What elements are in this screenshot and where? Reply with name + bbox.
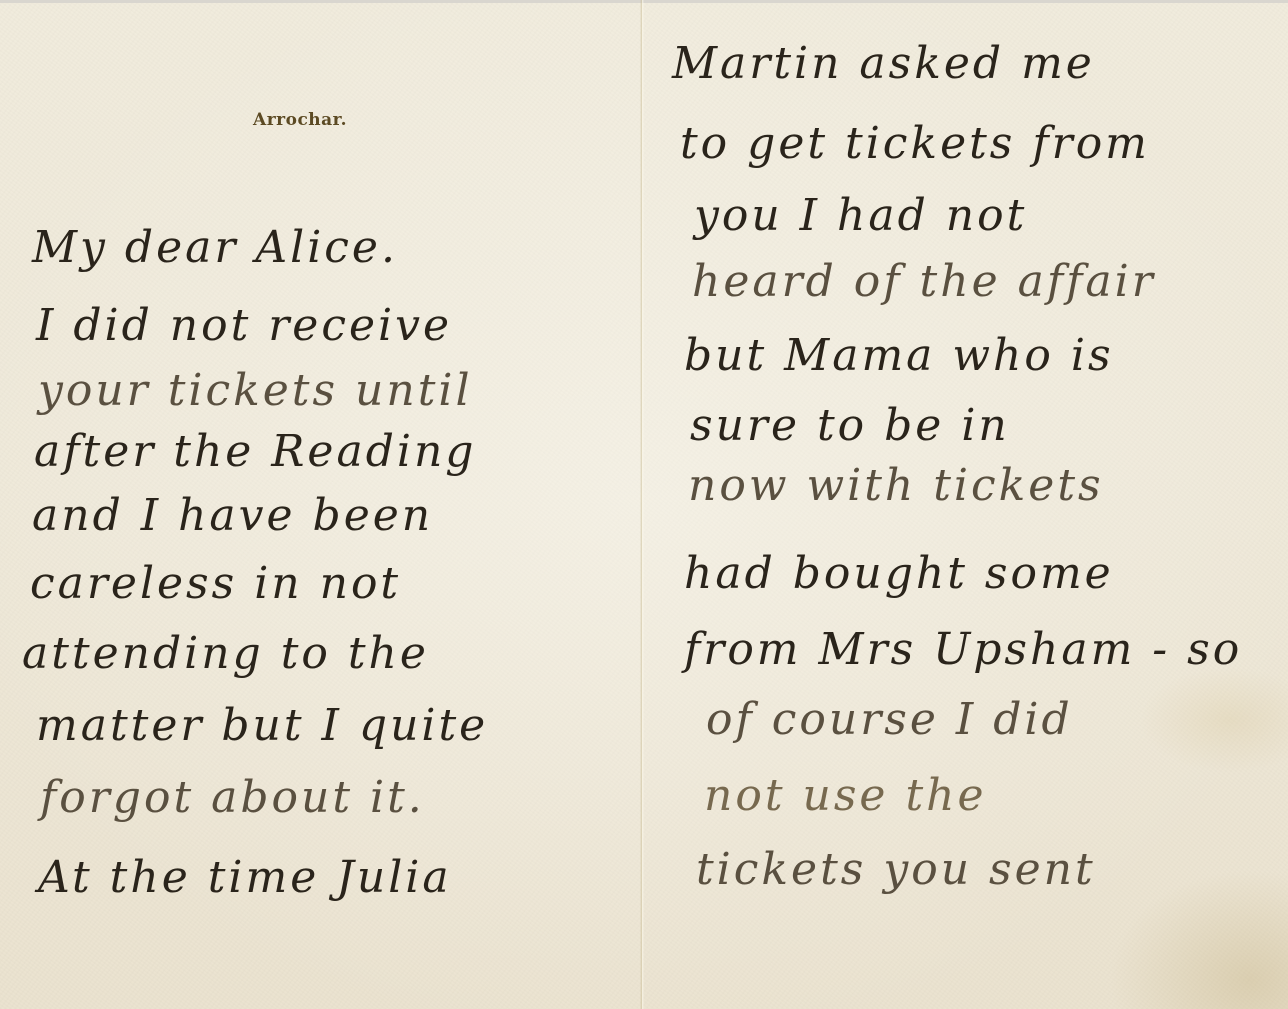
- letter-line: and I have been: [32, 490, 433, 541]
- letter-line: not use the: [704, 770, 987, 821]
- letter-line: had bought some: [684, 548, 1114, 599]
- letter-line: tickets you sent: [696, 844, 1096, 895]
- letter-line: to get tickets from: [680, 118, 1150, 169]
- left-page: Arrochar. My dear Alice. I did not recei…: [0, 0, 640, 1009]
- letter-line: sure to be in: [690, 400, 1010, 451]
- letter-line: heard of the affair: [692, 256, 1156, 307]
- letter-line: careless in not: [30, 558, 401, 609]
- letter-line: you I had not: [694, 190, 1027, 241]
- letter-line: forgot about it.: [40, 772, 425, 823]
- letter-line: now with tickets: [688, 460, 1104, 511]
- letter-line: attending to the: [22, 628, 429, 679]
- letter-line: Martin asked me: [672, 38, 1095, 89]
- right-page: Martin asked me to get tickets from you …: [644, 0, 1288, 1009]
- letter-line: matter but I quite: [36, 700, 488, 751]
- letterhead: Arrochar.: [0, 110, 600, 130]
- letter-sheet: Arrochar. My dear Alice. I did not recei…: [0, 0, 1288, 1009]
- letter-line: from Mrs Upsham - so: [684, 624, 1242, 675]
- letter-line: At the time Julia: [38, 852, 452, 903]
- letter-line: your tickets until: [38, 365, 473, 416]
- letter-line: but Mama who is: [684, 330, 1114, 381]
- letter-line: after the Reading: [34, 426, 476, 477]
- letter-line: of course I did: [706, 694, 1073, 745]
- letter-line: My dear Alice.: [32, 222, 398, 273]
- letter-line: I did not receive: [36, 300, 452, 351]
